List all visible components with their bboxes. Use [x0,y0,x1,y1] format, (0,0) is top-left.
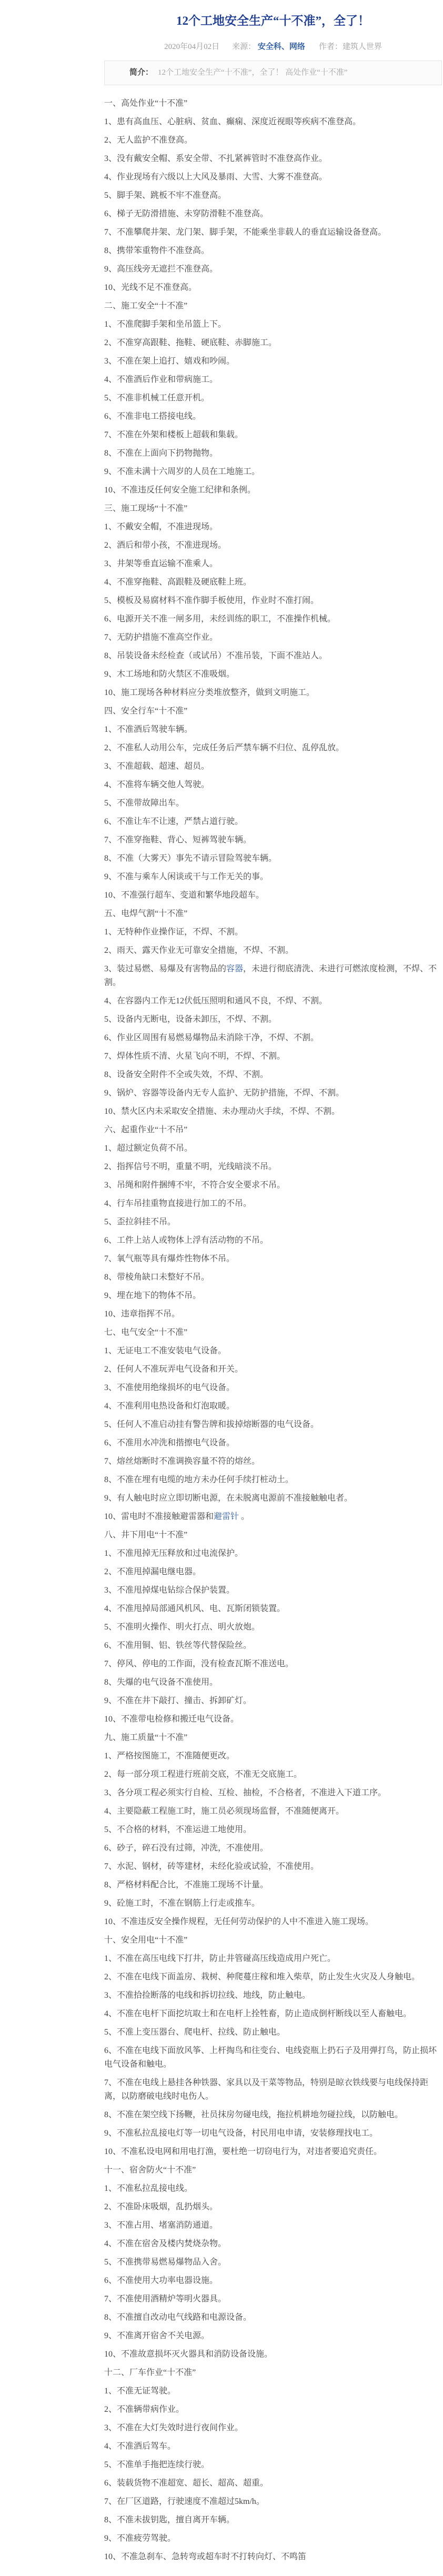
rule-item: 2、每一部分项工程进行班前交底，不准无交底施工。 [104,1768,442,1782]
rule-item: 1、严格按图施工，不准随便更改。 [104,1749,442,1763]
rule-item: 7、无防护措施不准高空作业。 [104,631,442,645]
rule-item: 6、电源开关不准一闸多用，未经训练的职工，不准操作机械。 [104,612,442,626]
rule-item: 4、不准将车辆交他人驾驶。 [104,778,442,792]
rule-item: 10、不准急刹车、急转弯或超车时不打转向灯、不鸣笛 [104,2550,442,2564]
rule-item: 7、在厂区道路，行驶速度不准超过5km/h。 [104,2495,442,2509]
rule-item: 4、不准在电杆下面挖坑取土和在电杆上拴牲畜，防止造成倒杆断线以至人畜触电。 [104,2007,442,2021]
rule-item: 9、不准疲劳驾驶。 [104,2532,442,2545]
article-meta: 2020年04月02日来源： 安全科、网络作者：建筑人世界 [104,42,442,52]
rule-item: 9、高压线旁无遮拦不准登高。 [104,263,442,276]
rule-item: 4、作业现场有六级以上大风及暴雨、大雪、大雾不准登高。 [104,170,442,184]
rule-item: 2、不准辆带病作业。 [104,2403,442,2417]
rule-item: 6、不准非电工搭接电线。 [104,410,442,424]
rule-item: 5、不合格的材料，不准运进工地使用。 [104,1823,442,1837]
rule-item: 6、不准用铜、铝、铁丝等代替保险丝。 [104,1639,442,1653]
section-heading: 三、施工现场“十不准” [104,502,442,516]
rule-item: 5、不准明火操作、明火打点、明火放炮。 [104,1621,442,1634]
rule-item: 9、木工场地和防火禁区不准吸烟。 [104,668,442,681]
section-heading: 十二、厂车作业“十不准” [104,2366,442,2380]
inline-link[interactable]: 容器 [226,964,243,973]
rule-item: 9、不准未满十六周岁的人员在工地施工。 [104,465,442,479]
source-link[interactable]: 安全科、网络 [258,43,305,51]
rule-item: 8、吊装设备未经检查（或试吊）不准吊装，下面不准站人。 [104,649,442,663]
rule-item: 3、不准甩掉煤电钻综合保护装置。 [104,1584,442,1597]
rule-item: 7、停风、停电的工作面，没有检查瓦斯不准送电。 [104,1657,442,1671]
rule-item: 8、严格材料配合比，不准施工现场不计量。 [104,1878,442,1892]
rule-item: 2、酒后和带小孩，不准进现场。 [104,539,442,552]
rule-item: 5、不准非机械工任意开机。 [104,391,442,405]
section-heading: 五、电焊气割“十不准” [104,907,442,921]
rule-item: 3、井架等垂直运输不准乘人。 [104,557,442,571]
rule-item: 5、不准带故障出车。 [104,797,442,810]
summary-label: 简介： [129,68,153,77]
rule-item: 8、携带笨重物件不准登高。 [104,244,442,258]
rule-item: 10、不准强行超车、变道和繁华地段超车。 [104,889,442,902]
rule-item: 5、歪拉斜挂不吊。 [104,1215,442,1229]
rule-item: 2、不准卧床吸烟，乱扔烟头。 [104,2200,442,2214]
rule-item: 5、模板及易腐材料不准作脚手板使用，作业时不准打闹。 [104,594,442,608]
rule-item: 6、不准用水冲洗和揩擦电气设备。 [104,1436,442,1450]
rule-item: 4、不准穿拖鞋、高跟鞋及硬底鞋上班。 [104,576,442,589]
section-heading: 八、井下用电“十不准” [104,1528,442,1542]
rule-item: 3、没有戴安全帽、系安全带、不扎紧裤管时不准登高作业。 [104,152,442,166]
rule-item: 8、不准在架空线下扬鞭，社员抹房勿碰电线，拖拉机耕地勿碰拉线，以防触电。 [104,2108,442,2122]
rule-item: 2、雨天、露天作业无可靠安全措施，不焊、不割。 [104,944,442,958]
rule-item: 1、超过额定负荷不吊。 [104,1142,442,1155]
publish-date: 2020年04月02日 [164,43,219,51]
rule-item: 5、设备内无断电，设备未卸压，不焊、不割。 [104,1013,442,1027]
summary-text: 12个工地安全生产“十不准”，全了！ 高处作业“十不准” [158,68,347,77]
rule-item: 4、不准在宿舍及楼内焚烧杂物。 [104,2237,442,2251]
rule-item: 8、带棱角缺口未整好不吊。 [104,1271,442,1284]
rule-item: 5、任何人不准启动挂有警告牌和拔掉熔断器的电气设备。 [104,1418,442,1432]
rule-item: 3、各分项工程必须实行自检、互检、抽检，不合格者，不准进入下道工序。 [104,1786,442,1800]
rule-item: 3、不准在架上追打、嬉戏和吵闹。 [104,355,442,368]
rule-item: 7、不准穿拖鞋、背心、短裤驾驶车辆。 [104,833,442,847]
rule-item: 7、不准在外架和楼板上超载和集载。 [104,428,442,442]
rule-item: 1、无证电工不准安装电气设备。 [104,1344,442,1358]
rule-item: 2、不准在电线下面盖房、栽树、种爬蔓庄稼和堆入柴草，防止发生火灾及人身触电。 [104,1970,442,1984]
rule-item: 4、在容器内工作无12伏低压照明和通风不良，不焊、不割。 [104,994,442,1008]
rule-item: 9、不准离开宿舍不关电源。 [104,2329,442,2343]
rule-item: 6、不准使用大功率电器设施。 [104,2274,442,2288]
rule-item: 1、患有高血压、心脏病、贫血、癫痫、深度近视眼等疾病不准登高。 [104,115,442,129]
rule-item: 8、不准（大雾天）事先不请示冒险驾驶车辆。 [104,852,442,866]
rule-item: 1、不准甩掉无压释放和过电流保护。 [104,1547,442,1561]
rule-item: 6、梯子无防滑措施、未穿防滑鞋不准登高。 [104,207,442,221]
rule-item: 7、不准使用酒精炉等明火器具。 [104,2292,442,2306]
section-heading: 四、安全行车“十不准” [104,705,442,718]
rule-item: 8、失爆的电气设备不准使用。 [104,1676,442,1689]
section-heading: 二、施工安全“十不准” [104,299,442,313]
rule-item: 8、不准在埋有电缆的地方未办任何手续打桩动土。 [104,1473,442,1487]
rule-item: 3、不准使用绝缘损坏的电气设备。 [104,1381,442,1395]
rule-item: 1、不准在高压电线下打井，防止井管碰高压线造成用户死亡。 [104,1952,442,1966]
rule-item: 5、不准携带易燃易爆物品入舍。 [104,2256,442,2269]
rule-item: 10、施工现场各种材料应分类堆放整齐，做到文明施工。 [104,686,442,700]
rule-item: 6、砂子，碎石没有过筛，冲洗，不准使用。 [104,1842,442,1855]
rule-item: 8、不准在上面向下扔物抛物。 [104,447,442,460]
rule-item: 4、行车吊挂重物直接进行加工的不吊。 [104,1197,442,1211]
rule-item: 9、砼施工时，不准在钢筋上行走或推车。 [104,1897,442,1910]
rule-item: 9、不准私拉乱接电灯等一切电气设备，村民用电申请，安装修理找电工。 [104,2127,442,2140]
rule-item: 2、不准甩掉漏电继电器。 [104,1565,442,1579]
rule-item: 9、不准与乘车人闲谈或干与工作无关的事。 [104,870,442,884]
rule-item: 1、不准无证驾驶。 [104,2384,442,2398]
rule-item: 7、水泥、钢材，砖等建材，未经化验或试验，不准使用。 [104,1860,442,1874]
rule-item: 6、装载货物不准超宽、超长、超高、超重。 [104,2477,442,2490]
rule-item: 1、不准私拉乱接电线。 [104,2182,442,2196]
rule-item: 1、无特种作业操作证，不焊、不割。 [104,925,442,939]
rule-item: 7、熔丝熔断时不准调换容量不符的熔丝。 [104,1455,442,1468]
rule-item: 10、雷电时不准接触避雷器和避雷针 。 [104,1510,442,1524]
rule-item: 5、脚手架、跳板不牢不准登高。 [104,189,442,203]
rule-item: 8、不准未拔钥匙，擅自离开车辆。 [104,2513,442,2527]
section-heading: 十、安全用电“十不准” [104,1934,442,1947]
article-page: 12个工地安全生产“十不准”，全了！ 2020年04月02日来源： 安全科、网络… [0,13,443,2576]
rule-item: 3、装过易燃、易爆及有害物品的容器，未进行彻底清洗、未进行可燃浓度检测，不焊、不… [104,962,442,990]
rule-item: 9、锅炉、容器等设备内无专人监护、无防护措施，不焊、不割。 [104,1086,442,1100]
source-label: 来源： [232,43,256,51]
rule-item: 10、不准故意损坏灭火器具和消防设备设施。 [104,2348,442,2361]
rule-item: 6、不准让车不让速，严禁占道行驶。 [104,815,442,829]
rule-item: 6、不准在电线下面放风筝、上杆掏鸟和往变台、电线瓷瓶上扔石子及用弹打鸟，防止损坏… [104,2044,442,2071]
rule-item: 4、主要隐蔽工程施工时，施工员必须现场监督，不准随便离开。 [104,1805,442,1818]
rule-item: 10、不准私设电网和用电打渔，要杜绝一切窃电行为，对违者要追究责任。 [104,2145,442,2159]
section-heading: 十一、宿舍防火“十不准” [104,2164,442,2177]
author-label: 作者： [319,43,343,51]
rule-item: 1、不准酒后驾驶车辆。 [104,723,442,737]
rule-item: 7、不准在电线上悬挂各种铁器、家具以及干菜等物品，特别是晾衣铁线要与电线保持距离… [104,2076,442,2104]
page-title: 12个工地安全生产“十不准”，全了！ [104,13,442,29]
section-heading: 九、施工质量“十不准” [104,1731,442,1745]
rule-item: 3、不准在大灯失效时进行夜间作业。 [104,2421,442,2435]
rule-item: 3、吊绳和附件捆缚不牢，不符合安全要求不吊。 [104,1179,442,1192]
rule-item: 4、不准甩掉局部通风机风、电、瓦斯闭锁装置。 [104,1602,442,1616]
section-heading: 七、电气安全“十不准” [104,1326,442,1340]
rule-item: 7、不准攀爬井架、龙门架、脚手架，不能乘坐非载人的垂直运输设备登高。 [104,226,442,239]
rule-item: 9、有人触电时应立即切断电源，在未脱离电源前不准接触触电者。 [104,1492,442,1505]
rule-item: 9、埋在地下的物体不吊。 [104,1289,442,1303]
rule-item: 7、焊体性质不清、火星飞向不明，不焊、不割。 [104,1050,442,1063]
rule-item: 4、不准酒后作业和带病施工。 [104,373,442,387]
rule-item: 3、不准超载、超速、超员。 [104,760,442,773]
rule-item: 6、工件上站人或物体上浮有活动物的不吊。 [104,1234,442,1247]
rule-item: 10、禁火区内未采取安全措施、未办理动火手续，不焊、不割。 [104,1105,442,1119]
rule-item: 3、不准拾捡断落的电线和拆切拉线、地线，防止触电。 [104,1989,442,2003]
rule-item: 4、不准酒后驾车。 [104,2440,442,2453]
rule-item: 1、不准爬脚手架和坐吊篮上下。 [104,318,442,331]
article-column: 12个工地安全生产“十不准”，全了！ 2020年04月02日来源： 安全科、网络… [104,13,442,2576]
rule-item: 7、氧气瓶等具有爆炸性物体不吊。 [104,1252,442,1266]
rule-item: 8、设备安全附件不全或失效，不焊、不割。 [104,1068,442,1082]
rule-item: 4、不准利用电热设备和灯泡取暖。 [104,1400,442,1413]
rule-item: 1、不戴安全帽，不准进现场。 [104,520,442,534]
rule-item: 2、指挥信号不明，重量不明，光线暗淡不吊。 [104,1160,442,1174]
rule-item: 8、不准擅自改动电气线路和电源设备。 [104,2311,442,2325]
rule-item: 2、不准穿高跟鞋、拖鞋、硬底鞋、赤脚施工。 [104,336,442,350]
rule-item: 3、不准占用、堵塞消防通道。 [104,2219,442,2232]
rule-item: 10、不准违反安全操作规程，无任何劳动保护的人中不准进入施工现场。 [104,1915,442,1929]
author-name: 建筑人世界 [343,43,382,51]
inline-link[interactable]: 避雷针 [214,1512,239,1521]
rule-item: 2、任何人不准玩弄电气设备和开关。 [104,1363,442,1376]
rule-item: 2、无人监护不准登高。 [104,134,442,147]
rule-item: 10、光线不足不准登高。 [104,281,442,295]
summary-box: 简介：12个工地安全生产“十不准”，全了！ 高处作业“十不准” [104,61,442,85]
section-heading: 一、高处作业“十不准” [104,97,442,110]
rule-item: 6、作业区周围有易燃易爆物品未消除干净，不焊、不割。 [104,1031,442,1045]
rule-item: 9、不准在井下敲打、撞击、拆卸矿灯。 [104,1694,442,1708]
rule-item: 5、不准单手拖把连续行驶。 [104,2458,442,2472]
rule-item: 10、不准带电检修和搬迁电气设备。 [104,1713,442,1726]
rule-item: 10、不准违反任何安全施工纪律和条例。 [104,484,442,497]
section-heading: 六、起重作业“十不吊” [104,1123,442,1137]
rule-item: 10、违章指挥不吊。 [104,1307,442,1321]
rule-item: 2、不准私人动用公车，完成任务后严禁车辆不归位、乱停乱放。 [104,741,442,755]
article-body: 一、高处作业“十不准”1、患有高血压、心脏病、贫血、癫痫、深度近视眼等疾病不准登… [104,97,442,2576]
rule-item: 5、不准上变压器台、爬电杆、拉线、防止触电。 [104,2026,442,2039]
